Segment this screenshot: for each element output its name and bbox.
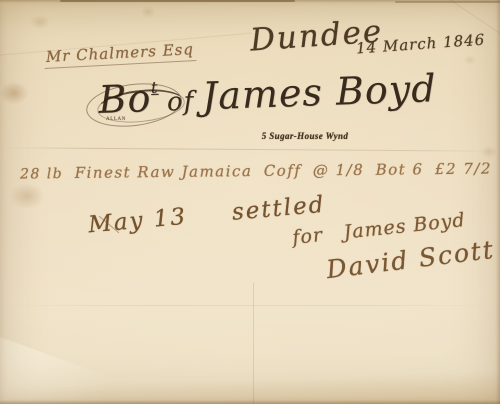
scanned-receipt: Mr Chalmers Esq Dundee 14 March 1846 Bot… xyxy=(0,0,500,404)
entry-quantity: 28 lb xyxy=(20,166,63,182)
billhead-address: 5 Sugar-House Wynd xyxy=(243,131,367,141)
entry-item: Coff xyxy=(264,162,302,180)
entry-description: Finest Raw Jamaica xyxy=(75,162,253,182)
engraver-mark: ALLAN xyxy=(106,117,126,122)
paper-edge-shadow xyxy=(0,0,500,3)
horizontal-fold-crease xyxy=(0,305,500,306)
entry-note: Bot 6 xyxy=(376,160,424,179)
entry-amount: £2 7/2 xyxy=(435,160,492,179)
paper-edge-shadow xyxy=(0,400,500,404)
merchant-name: James Boyd xyxy=(201,66,437,118)
entry-rate: @ 1/8 xyxy=(313,161,365,180)
vertical-fold-crease xyxy=(253,283,254,404)
for-word: for xyxy=(291,224,324,249)
paper-edge-shadow xyxy=(496,0,500,404)
